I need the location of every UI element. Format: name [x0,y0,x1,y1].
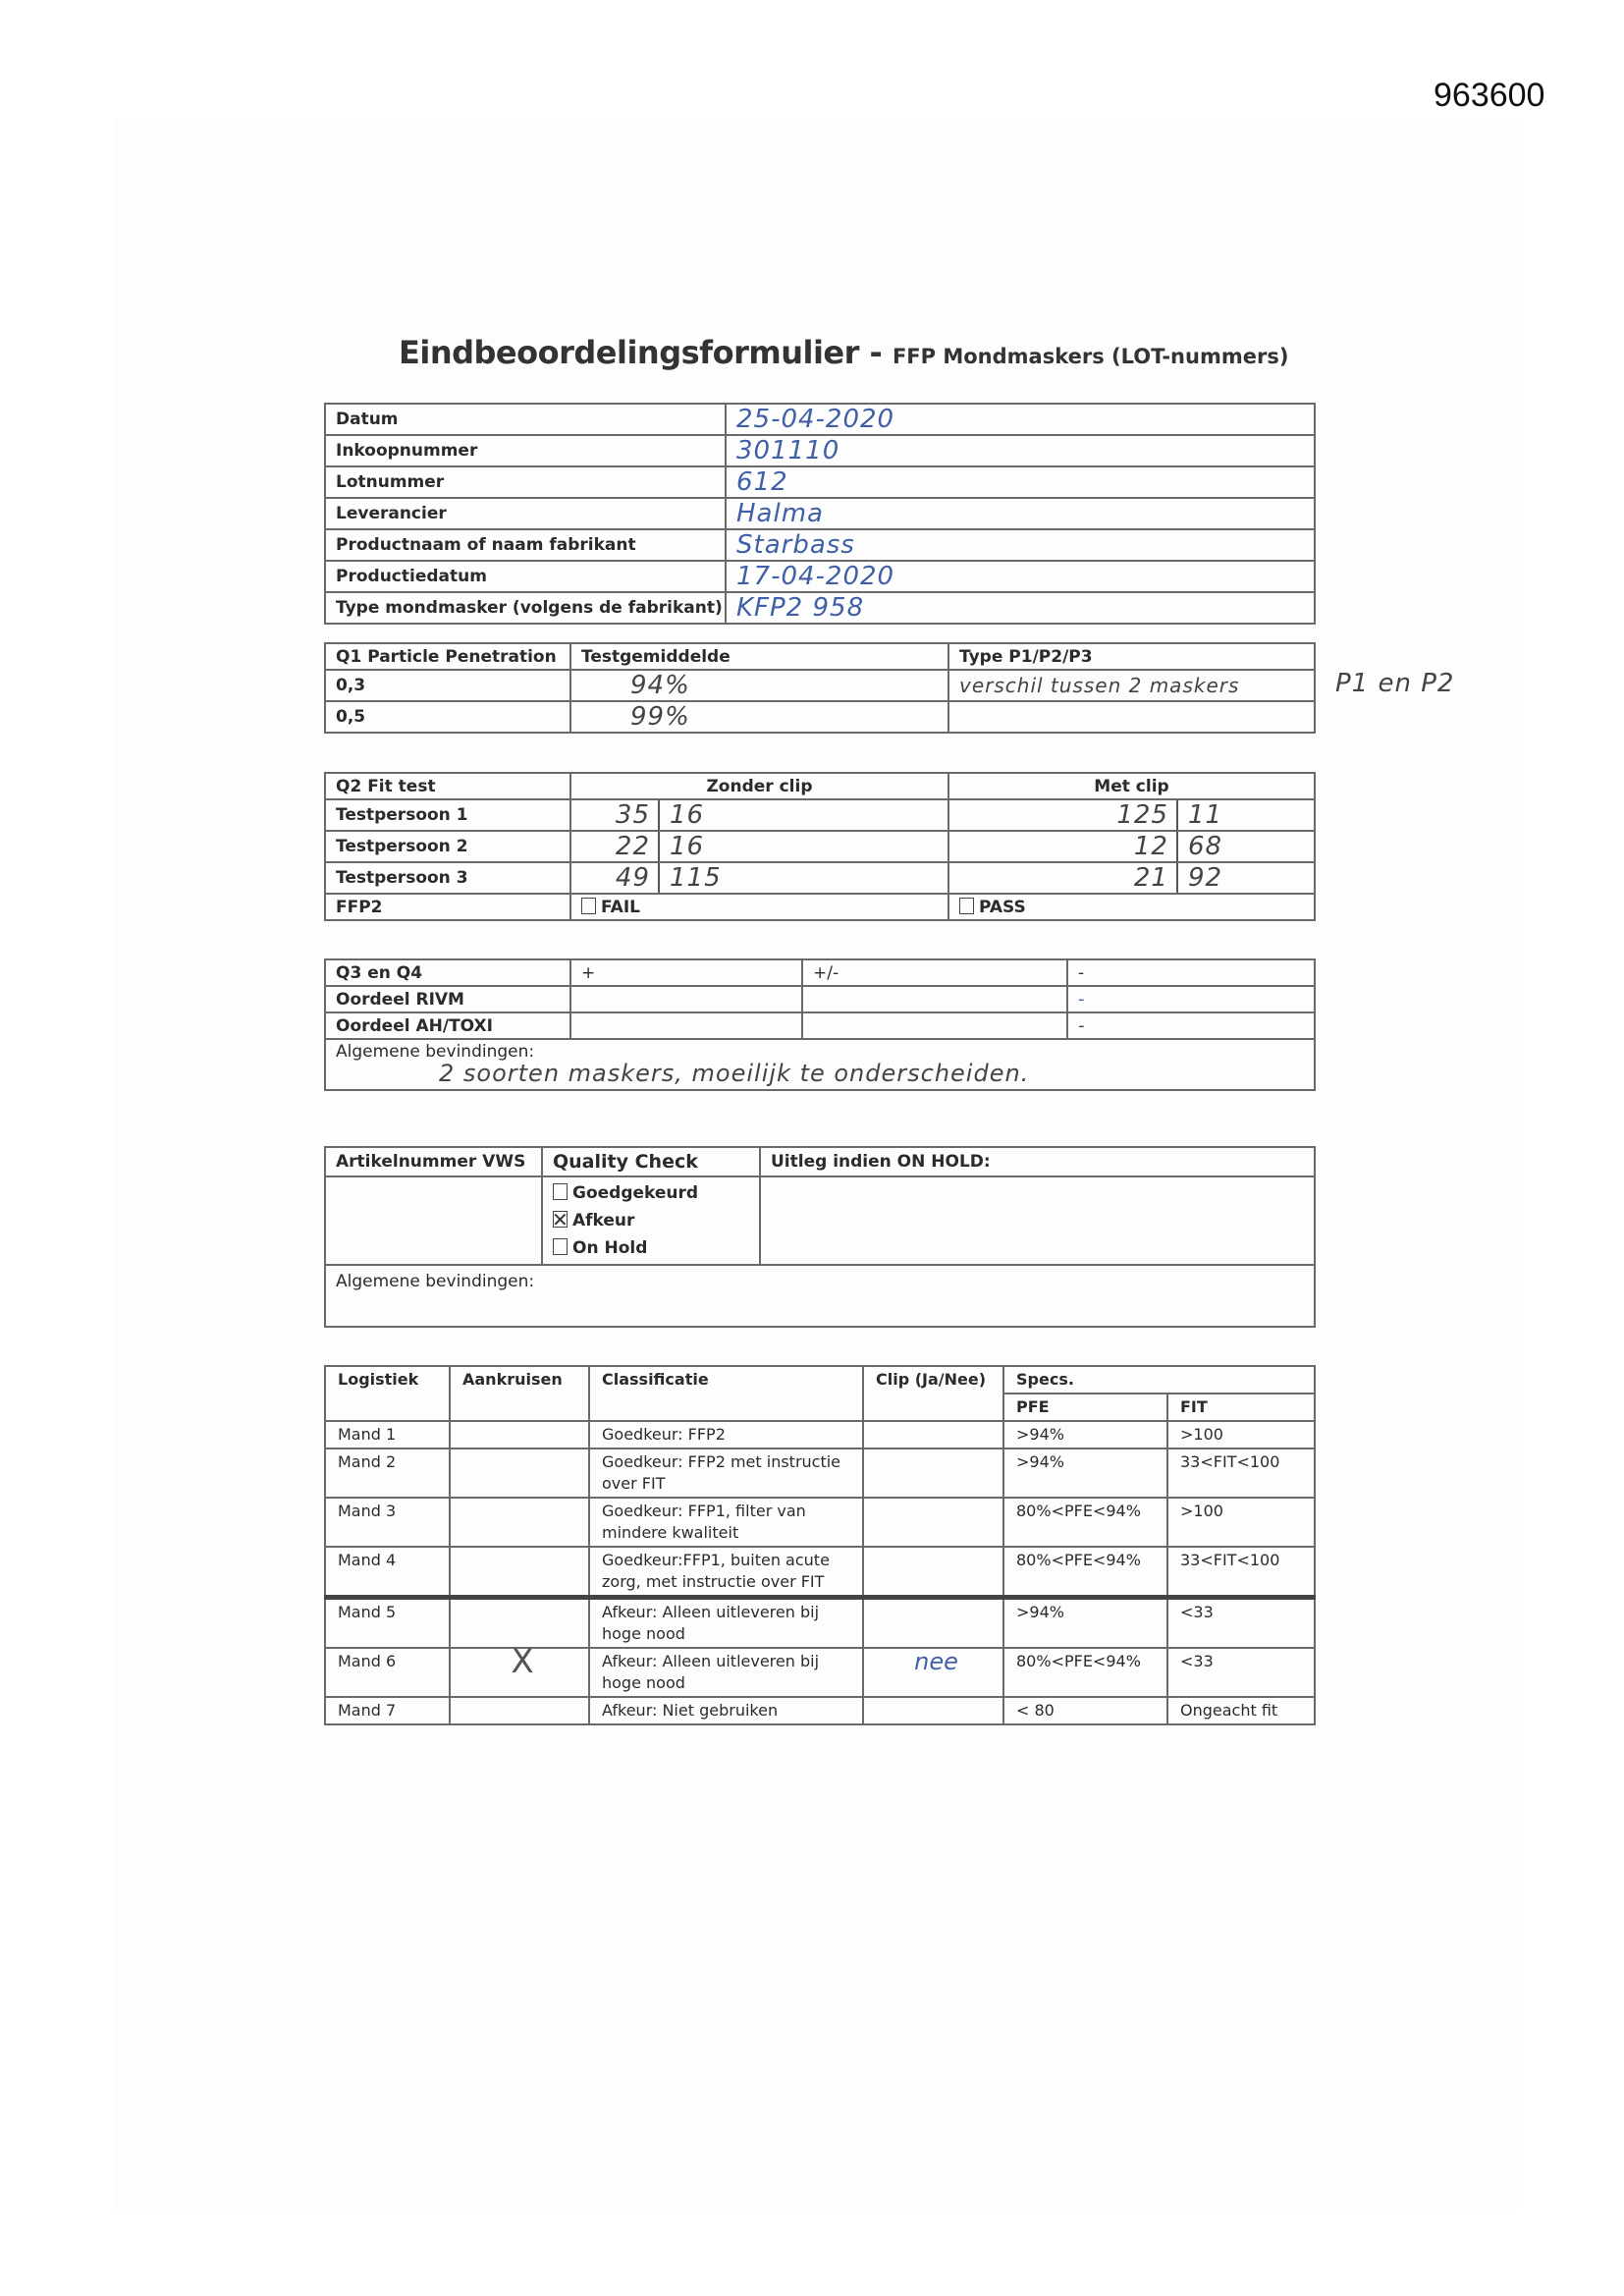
table-row: Type mondmasker (volgens de fabrikant)KF… [325,592,1315,624]
option-on-hold[interactable]: On Hold [553,1234,749,1262]
clip-cell[interactable]: nee [863,1648,1003,1697]
ffp2-label: FFP2 [325,894,570,920]
clip-cell[interactable] [863,1697,1003,1724]
label-lotnummer: Lotnummer [325,466,726,498]
table-row: Oordeel AH/TOXI - [325,1012,1315,1039]
table-row: FFP2 FAIL PASS [325,894,1315,920]
q2-header-zonder: Zonder clip [570,773,948,799]
field-datum[interactable]: 25-04-2020 [726,404,1315,435]
findings-label: Algemene bevindingen: [336,1272,534,1291]
classificatie-cell: Goedkeur: FFP2 [589,1421,863,1449]
clip-header: Clip (Ja/Nee) [863,1366,1003,1421]
classificatie-cell: Afkeur: Niet gebruiken [589,1697,863,1724]
fit-cell: >100 [1167,1421,1315,1449]
classificatie-cell: Afkeur: Alleen uitleveren bij hoge nood [589,1598,863,1649]
table-row: 0,5 99% [325,701,1315,733]
field-lotnummer[interactable]: 612 [726,466,1315,498]
general-info-table: Datum25-04-2020 Inkoopnummer301110 Lotnu… [324,403,1316,625]
zonder-value-a: 35 [581,800,660,830]
rivm-minus-cell[interactable]: - [1067,986,1315,1012]
checkbox-icon[interactable] [553,1238,568,1255]
table-row: Inkoopnummer301110 [325,435,1315,466]
q2-header-label: Q2 Fit test [325,773,570,799]
mand-label: Mand 3 [325,1498,450,1547]
met-clip-cell[interactable]: 2192 [948,862,1315,894]
aankruisen-cell[interactable] [450,1598,589,1649]
met-value-b: 92 [1178,863,1222,893]
table-row: Datum25-04-2020 [325,404,1315,435]
q3q4-header-minus: - [1067,959,1315,986]
table-row: Mand 2Goedkeur: FFP2 met instructie over… [325,1449,1315,1498]
logistiek-header: Logistiek [325,1366,450,1421]
clip-cell[interactable] [863,1598,1003,1649]
field-leverancier[interactable]: Halma [726,498,1315,529]
table-row: Testpersoon 1 3516 12511 [325,799,1315,831]
fit-cell: 33<FIT<100 [1167,1449,1315,1498]
pass-checkbox[interactable]: PASS [948,894,1315,920]
q2-header-met: Met clip [948,773,1315,799]
table-row: Productiedatum17-04-2020 [325,561,1315,592]
q1-row-label: 0,3 [325,670,570,701]
table-row: Oordeel RIVM - [325,986,1315,1012]
q1-header-type: Type P1/P2/P3 [948,643,1315,670]
label-productnaam: Productnaam of naam fabrikant [325,529,726,561]
pfe-cell: 80%<PFE<94% [1003,1648,1167,1697]
field-inkoopnummer[interactable]: 301110 [726,435,1315,466]
quality-check-header: Quality Check [542,1147,760,1176]
classificatie-header: Classificatie [589,1366,863,1421]
label-datum: Datum [325,404,726,435]
zonder-value-b: 115 [660,863,722,893]
table-row: Mand 6XAfkeur: Alleen uitleveren bij hog… [325,1648,1315,1697]
option-goedgekeurd[interactable]: Goedgekeurd [553,1179,749,1207]
classificatie-cell: Goedkeur:FFP1, buiten acute zorg, met in… [589,1547,863,1598]
checkbox-icon[interactable] [959,898,974,914]
aankruisen-cell[interactable] [450,1697,589,1724]
met-value-a: 125 [1100,800,1178,830]
pfe-cell: 80%<PFE<94% [1003,1547,1167,1598]
q1-average-field[interactable]: 99% [570,701,948,733]
table-header-row: Artikelnummer VWS Quality Check Uitleg i… [325,1147,1315,1176]
met-value-b: 68 [1178,832,1222,861]
table-row: Mand 1Goedkeur: FFP2>94%>100 [325,1421,1315,1449]
q1-average-field[interactable]: 94% [570,670,948,701]
title-separator: - [859,334,893,371]
clip-cell[interactable] [863,1547,1003,1598]
pfe-cell: < 80 [1003,1697,1167,1724]
oordeel-ahtoxi-label: Oordeel AH/TOXI [325,1012,570,1039]
q1-header-average: Testgemiddelde [570,643,948,670]
aankruisen-cell[interactable] [450,1498,589,1547]
field-productiedatum[interactable]: 17-04-2020 [726,561,1315,592]
title-main: Eindbeoordelingsformulier [399,334,859,371]
met-value-b: 11 [1178,800,1222,830]
mand-label: Mand 1 [325,1421,450,1449]
table-header-row: Q3 en Q4 + +/- - [325,959,1315,986]
table-row: LeverancierHalma [325,498,1315,529]
q1-side-note: P1 en P2 [1335,669,1454,698]
specs-header: Specs. [1003,1366,1315,1394]
table-row: Goedgekeurd Afkeur On Hold [325,1176,1315,1265]
zonder-value-b: 16 [660,832,704,861]
table-header-row: Q1 Particle Penetration Testgemiddelde T… [325,643,1315,670]
pfe-header: PFE [1003,1394,1167,1421]
aankruisen-cell[interactable]: X [450,1648,589,1697]
table-row: Testpersoon 3 49115 2192 [325,862,1315,894]
ahtoxi-plusminus-cell[interactable] [802,1012,1067,1039]
met-clip-cell[interactable]: 12511 [948,799,1315,831]
mand-label: Mand 7 [325,1697,450,1724]
table-row: Productnaam of naam fabrikantStarbass [325,529,1315,561]
met-value-a: 12 [1100,832,1178,861]
fit-header: FIT [1167,1394,1315,1421]
checkbox-icon[interactable] [581,898,596,914]
q3q4-findings-cell[interactable]: Algemene bevindingen: 2 soorten maskers,… [325,1039,1315,1090]
aankruisen-cell[interactable] [450,1547,589,1598]
mand-label: Mand 5 [325,1598,450,1649]
fail-checkbox[interactable]: FAIL [570,894,948,920]
classificatie-cell: Afkeur: Alleen uitleveren bij hoge nood [589,1648,863,1697]
q2-fit-test-table: Q2 Fit test Zonder clip Met clip Testper… [324,772,1316,921]
table-row: Testpersoon 2 2216 1268 [325,831,1315,862]
zonder-value-a: 49 [581,863,660,893]
table-row: Mand 3Goedkeur: FFP1, filter van mindere… [325,1498,1315,1547]
met-value-a: 21 [1100,863,1178,893]
label-leverancier: Leverancier [325,498,726,529]
q1-type-field[interactable]: verschil tussen 2 maskers [948,670,1315,701]
fail-label: FAIL [601,898,640,917]
pfe-cell: >94% [1003,1449,1167,1498]
zonder-clip-cell[interactable]: 3516 [570,799,948,831]
q1-particle-table: Q1 Particle Penetration Testgemiddelde T… [324,642,1316,734]
uitleg-header: Uitleg indien ON HOLD: [760,1147,1315,1176]
table-row: Algemene bevindingen: 2 soorten maskers,… [325,1039,1315,1090]
quality-check-table: Artikelnummer VWS Quality Check Uitleg i… [324,1146,1316,1328]
classificatie-cell: Goedkeur: FFP2 met instructie over FIT [589,1449,863,1498]
clip-cell[interactable] [863,1421,1003,1449]
zonder-value-b: 16 [660,800,704,830]
fit-cell: >100 [1167,1498,1315,1547]
fit-cell: 33<FIT<100 [1167,1547,1315,1598]
table-row: 0,3 94% verschil tussen 2 maskers [325,670,1315,701]
table-row: Algemene bevindingen: [325,1265,1315,1327]
aankruisen-header: Aankruisen [450,1366,589,1421]
table-row: Mand 4Goedkeur:FFP1, buiten acute zorg, … [325,1547,1315,1598]
q1-header-label: Q1 Particle Penetration [325,643,570,670]
rivm-plusminus-cell[interactable] [802,986,1067,1012]
logistics-table: Logistiek Aankruisen Classificatie Clip … [324,1365,1316,1725]
label-inkoopnummer: Inkoopnummer [325,435,726,466]
aankruisen-cell[interactable] [450,1449,589,1498]
label-type-mondmasker: Type mondmasker (volgens de fabrikant) [325,592,726,624]
findings-label: Algemene bevindingen: [336,1042,1304,1062]
mand-label: Mand 6 [325,1648,450,1697]
table-row: Mand 7Afkeur: Niet gebruiken< 80Ongeacht… [325,1697,1315,1724]
document-number: 963600 [1434,77,1544,115]
classificatie-cell: Goedkeur: FFP1, filter van mindere kwali… [589,1498,863,1547]
mand-label: Mand 4 [325,1547,450,1598]
table-row: Mand 5Afkeur: Alleen uitleveren bij hoge… [325,1598,1315,1649]
table-header-row: Q2 Fit test Zonder clip Met clip [325,773,1315,799]
artikelnummer-field[interactable] [325,1176,542,1265]
testpersoon-label: Testpersoon 3 [325,862,570,894]
quality-findings-cell[interactable]: Algemene bevindingen: [325,1265,1315,1327]
option-afkeur[interactable]: Afkeur [553,1207,749,1234]
on-hold-explanation-field[interactable] [760,1176,1315,1265]
mand-label: Mand 2 [325,1449,450,1498]
artikelnummer-header: Artikelnummer VWS [325,1147,542,1176]
q1-row-label: 0,5 [325,701,570,733]
table-row: Lotnummer612 [325,466,1315,498]
pass-label: PASS [979,898,1026,917]
clip-cell[interactable] [863,1449,1003,1498]
zonder-clip-cell[interactable]: 49115 [570,862,948,894]
met-clip-cell[interactable]: 1268 [948,831,1315,862]
field-productnaam[interactable]: Starbass [726,529,1315,561]
findings-value: 2 soorten maskers, moeilijk te ondersche… [336,1060,1304,1087]
ahtoxi-plus-cell[interactable] [570,1012,802,1039]
fit-cell: Ongeacht fit [1167,1697,1315,1724]
pfe-cell: 80%<PFE<94% [1003,1498,1167,1547]
clip-cell[interactable] [863,1498,1003,1547]
title-sub: FFP Mondmaskers (LOT-nummers) [893,345,1288,368]
page-title: Eindbeoordelingsformulier - FFP Mondmask… [399,334,1288,371]
q3-q4-table: Q3 en Q4 + +/- - Oordeel RIVM - Oordeel … [324,958,1316,1091]
oordeel-rivm-label: Oordeel RIVM [325,986,570,1012]
q3q4-header-label: Q3 en Q4 [325,959,570,986]
checkbox-icon[interactable] [553,1183,568,1200]
zonder-clip-cell[interactable]: 2216 [570,831,948,862]
q3q4-header-plus: + [570,959,802,986]
label-productiedatum: Productiedatum [325,561,726,592]
q1-type-field[interactable] [948,701,1315,733]
rivm-plus-cell[interactable] [570,986,802,1012]
aankruisen-cell[interactable] [450,1421,589,1449]
fit-cell: <33 [1167,1598,1315,1649]
pfe-cell: >94% [1003,1421,1167,1449]
quality-options: Goedgekeurd Afkeur On Hold [542,1176,760,1265]
testpersoon-label: Testpersoon 1 [325,799,570,831]
testpersoon-label: Testpersoon 2 [325,831,570,862]
table-header-row: Logistiek Aankruisen Classificatie Clip … [325,1366,1315,1394]
fit-cell: <33 [1167,1648,1315,1697]
zonder-value-a: 22 [581,832,660,861]
pfe-cell: >94% [1003,1598,1167,1649]
q3q4-header-plusminus: +/- [802,959,1067,986]
ahtoxi-minus-cell[interactable]: - [1067,1012,1315,1039]
field-type-mondmasker[interactable]: KFP2 958 [726,592,1315,624]
checked-checkbox-icon[interactable] [553,1211,568,1228]
